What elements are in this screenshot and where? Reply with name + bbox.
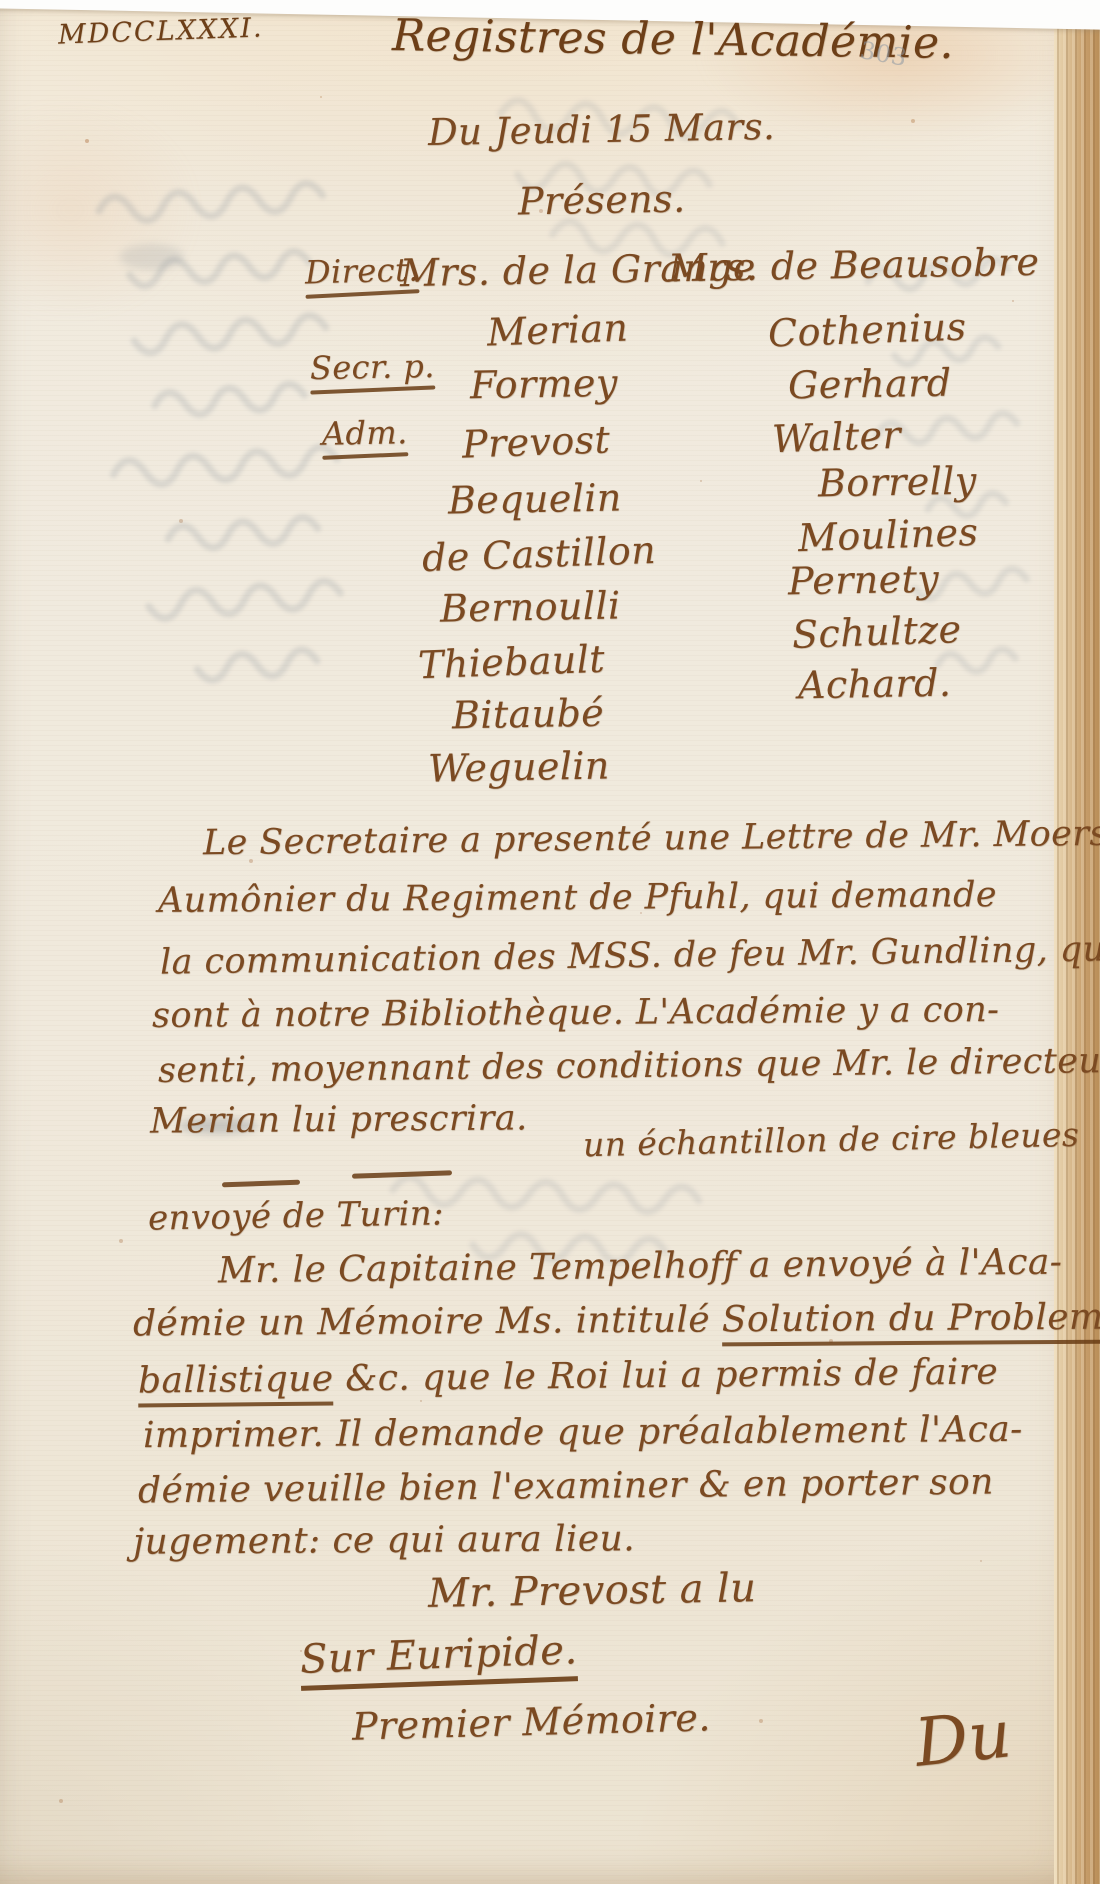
attendee-name: Bernoulli [440, 583, 621, 630]
attendee-name: Moulines [797, 510, 979, 560]
closing-line: Sur Euripide. [299, 1627, 578, 1683]
attendee-name: Achard. [798, 661, 952, 708]
attendee-name: Gerhard [788, 361, 952, 408]
paragraph-line: Aumônier du Regiment de Pfuhl, qui deman… [158, 875, 997, 921]
catchword: Du [911, 1695, 1015, 1782]
attendee-name: Borrelly [818, 459, 977, 506]
attendee-name: Weguelin [428, 743, 610, 790]
attendee-name: Walter [771, 413, 901, 461]
paragraph-line: démie un Mémoire Ms. intitulé Solution d… [133, 1297, 1100, 1345]
attendee-name: Bitaubé [452, 691, 605, 738]
attendee-name: Thiebault [417, 637, 605, 687]
manuscript-page: MDCCLXXXI. Registres de l'Académie. 303 … [0, 0, 1100, 1884]
attendee-name: Formey [470, 361, 618, 408]
underlined-title-segment: Solution du Probleme [722, 1297, 1100, 1347]
paragraph-line: Merian lui prescrira. [150, 1098, 528, 1141]
attendee-name: Cothenius [767, 305, 967, 356]
presens-heading: Présens. [518, 177, 686, 224]
attendee-name: Prevost [461, 417, 611, 466]
attendee-name: Schultze [791, 607, 962, 657]
paragraph-line: jugement: ce qui aura lieu. [133, 1518, 635, 1563]
paragraph-line-segment: démie un Mémoire Ms. intitulé [133, 1299, 722, 1344]
paragraph-line: imprimer. Il demande que préalablement l… [143, 1409, 1023, 1456]
role-label-secretaire: Secr. p. [310, 347, 436, 393]
attendee-name: Merian [486, 306, 629, 355]
session-date: Du Jeudi 15 Mars. [428, 105, 776, 154]
paragraph-line: sont à notre Bibliothèque. L'Académie y … [152, 990, 1000, 1036]
attendee-name: Bequelin [448, 475, 622, 522]
underlined-title-segment: Sur Euripide. [299, 1627, 578, 1691]
attendee-name: Pernety [788, 557, 940, 604]
attendee-name: Mrs. de Beausobre [668, 240, 1040, 290]
closing-line: Mr. Prevost a lu [428, 1565, 757, 1617]
marginal-entry-line: envoyé de Turin: [148, 1193, 445, 1238]
paragraph-line-segment: &c. que le Roi lui a permis de faire [333, 1351, 998, 1399]
closing-line: Premier Mémoire. [351, 1695, 711, 1748]
underlined-title-segment: ballistique [138, 1358, 334, 1407]
attendee-name: de Castillon [421, 528, 656, 580]
role-label-adm: Adm. [322, 413, 408, 458]
